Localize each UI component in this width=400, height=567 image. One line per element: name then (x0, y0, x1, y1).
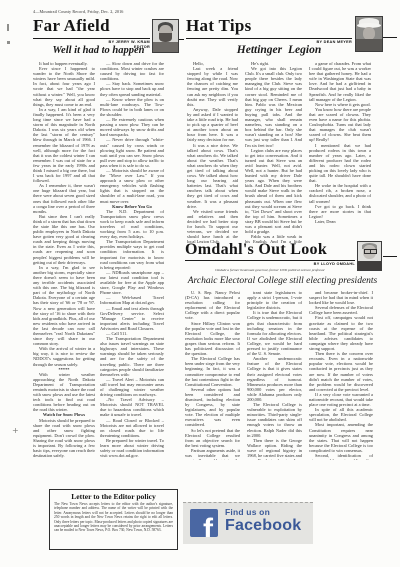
divider (383, 37, 397, 38)
scan-artifact (7, 24, 9, 31)
omdahl-column-2: trant state legislatures to apply a stri… (247, 290, 302, 460)
far-afield-column-1: It had to happen eventually.Ever since I… (33, 61, 95, 471)
beard-shape (159, 33, 172, 42)
divider (33, 38, 150, 39)
letter-policy-body: The New Town News accepts letters to the… (54, 502, 173, 533)
far-afield-column-2: — Slow down and drive for the conditions… (100, 61, 164, 471)
facebook-ad-line1: Find us on (225, 507, 301, 517)
newspaper-page: + 4—Mountrail County Record, Friday, Dec… (0, 0, 400, 567)
letter-policy-box: Letter to the Editor policy The New Town… (49, 489, 178, 550)
masthead: 4—Mountrail County Record, Friday, Dec. … (33, 9, 124, 14)
divider (185, 260, 355, 261)
hat-tips-column-2: He's right.We got into this Legion Club.… (245, 61, 302, 243)
hat-tips-column-3: a game of charades. From what I could fi… (309, 61, 371, 243)
divider (179, 39, 184, 40)
facebook-f-icon: f (203, 515, 213, 537)
scan-artifact-plus: + (12, 427, 19, 435)
facebook-ad[interactable]: f Find us on Facebook (183, 502, 313, 544)
omdahl-column-1: U. S. Rep. Nancy Pelosi (D-CA) has intro… (185, 290, 240, 460)
far-afield-headline: Well it had to happen (33, 45, 164, 56)
hat-tips-headline: Hettinger Legion (187, 44, 371, 56)
far-afield-title: Far Afield (33, 17, 110, 34)
divider (186, 38, 352, 39)
facebook-logo: f (190, 509, 218, 537)
omdahl-credit-line: Omdahl a former lieutenant governor, for… (185, 268, 355, 272)
omdahl-column-3: and became broker-in-chief. I suspect he… (309, 290, 373, 460)
hat-tips-title: Hat Tips (186, 17, 252, 34)
omdahl-title: Omdahl's Out Look (185, 241, 327, 258)
omdahl-headshot (357, 241, 382, 271)
facebook-ad-text: Find us on Facebook (225, 507, 301, 534)
hat-tips-column-1: Hello,Last week a friend stopped by whil… (187, 61, 238, 243)
omdahl-headline: Archaic Electoral College still electing… (185, 276, 380, 286)
shoulders-shape (358, 261, 381, 270)
letter-policy-title: Letter to the Editor policy (50, 492, 177, 501)
scan-artifact (7, 41, 10, 44)
omdahl-byline: BY LLOYD OMDAHL (240, 262, 355, 267)
facebook-ad-line2: Facebook (225, 517, 301, 534)
divider (383, 256, 397, 257)
glasses-shape (370, 249, 377, 254)
